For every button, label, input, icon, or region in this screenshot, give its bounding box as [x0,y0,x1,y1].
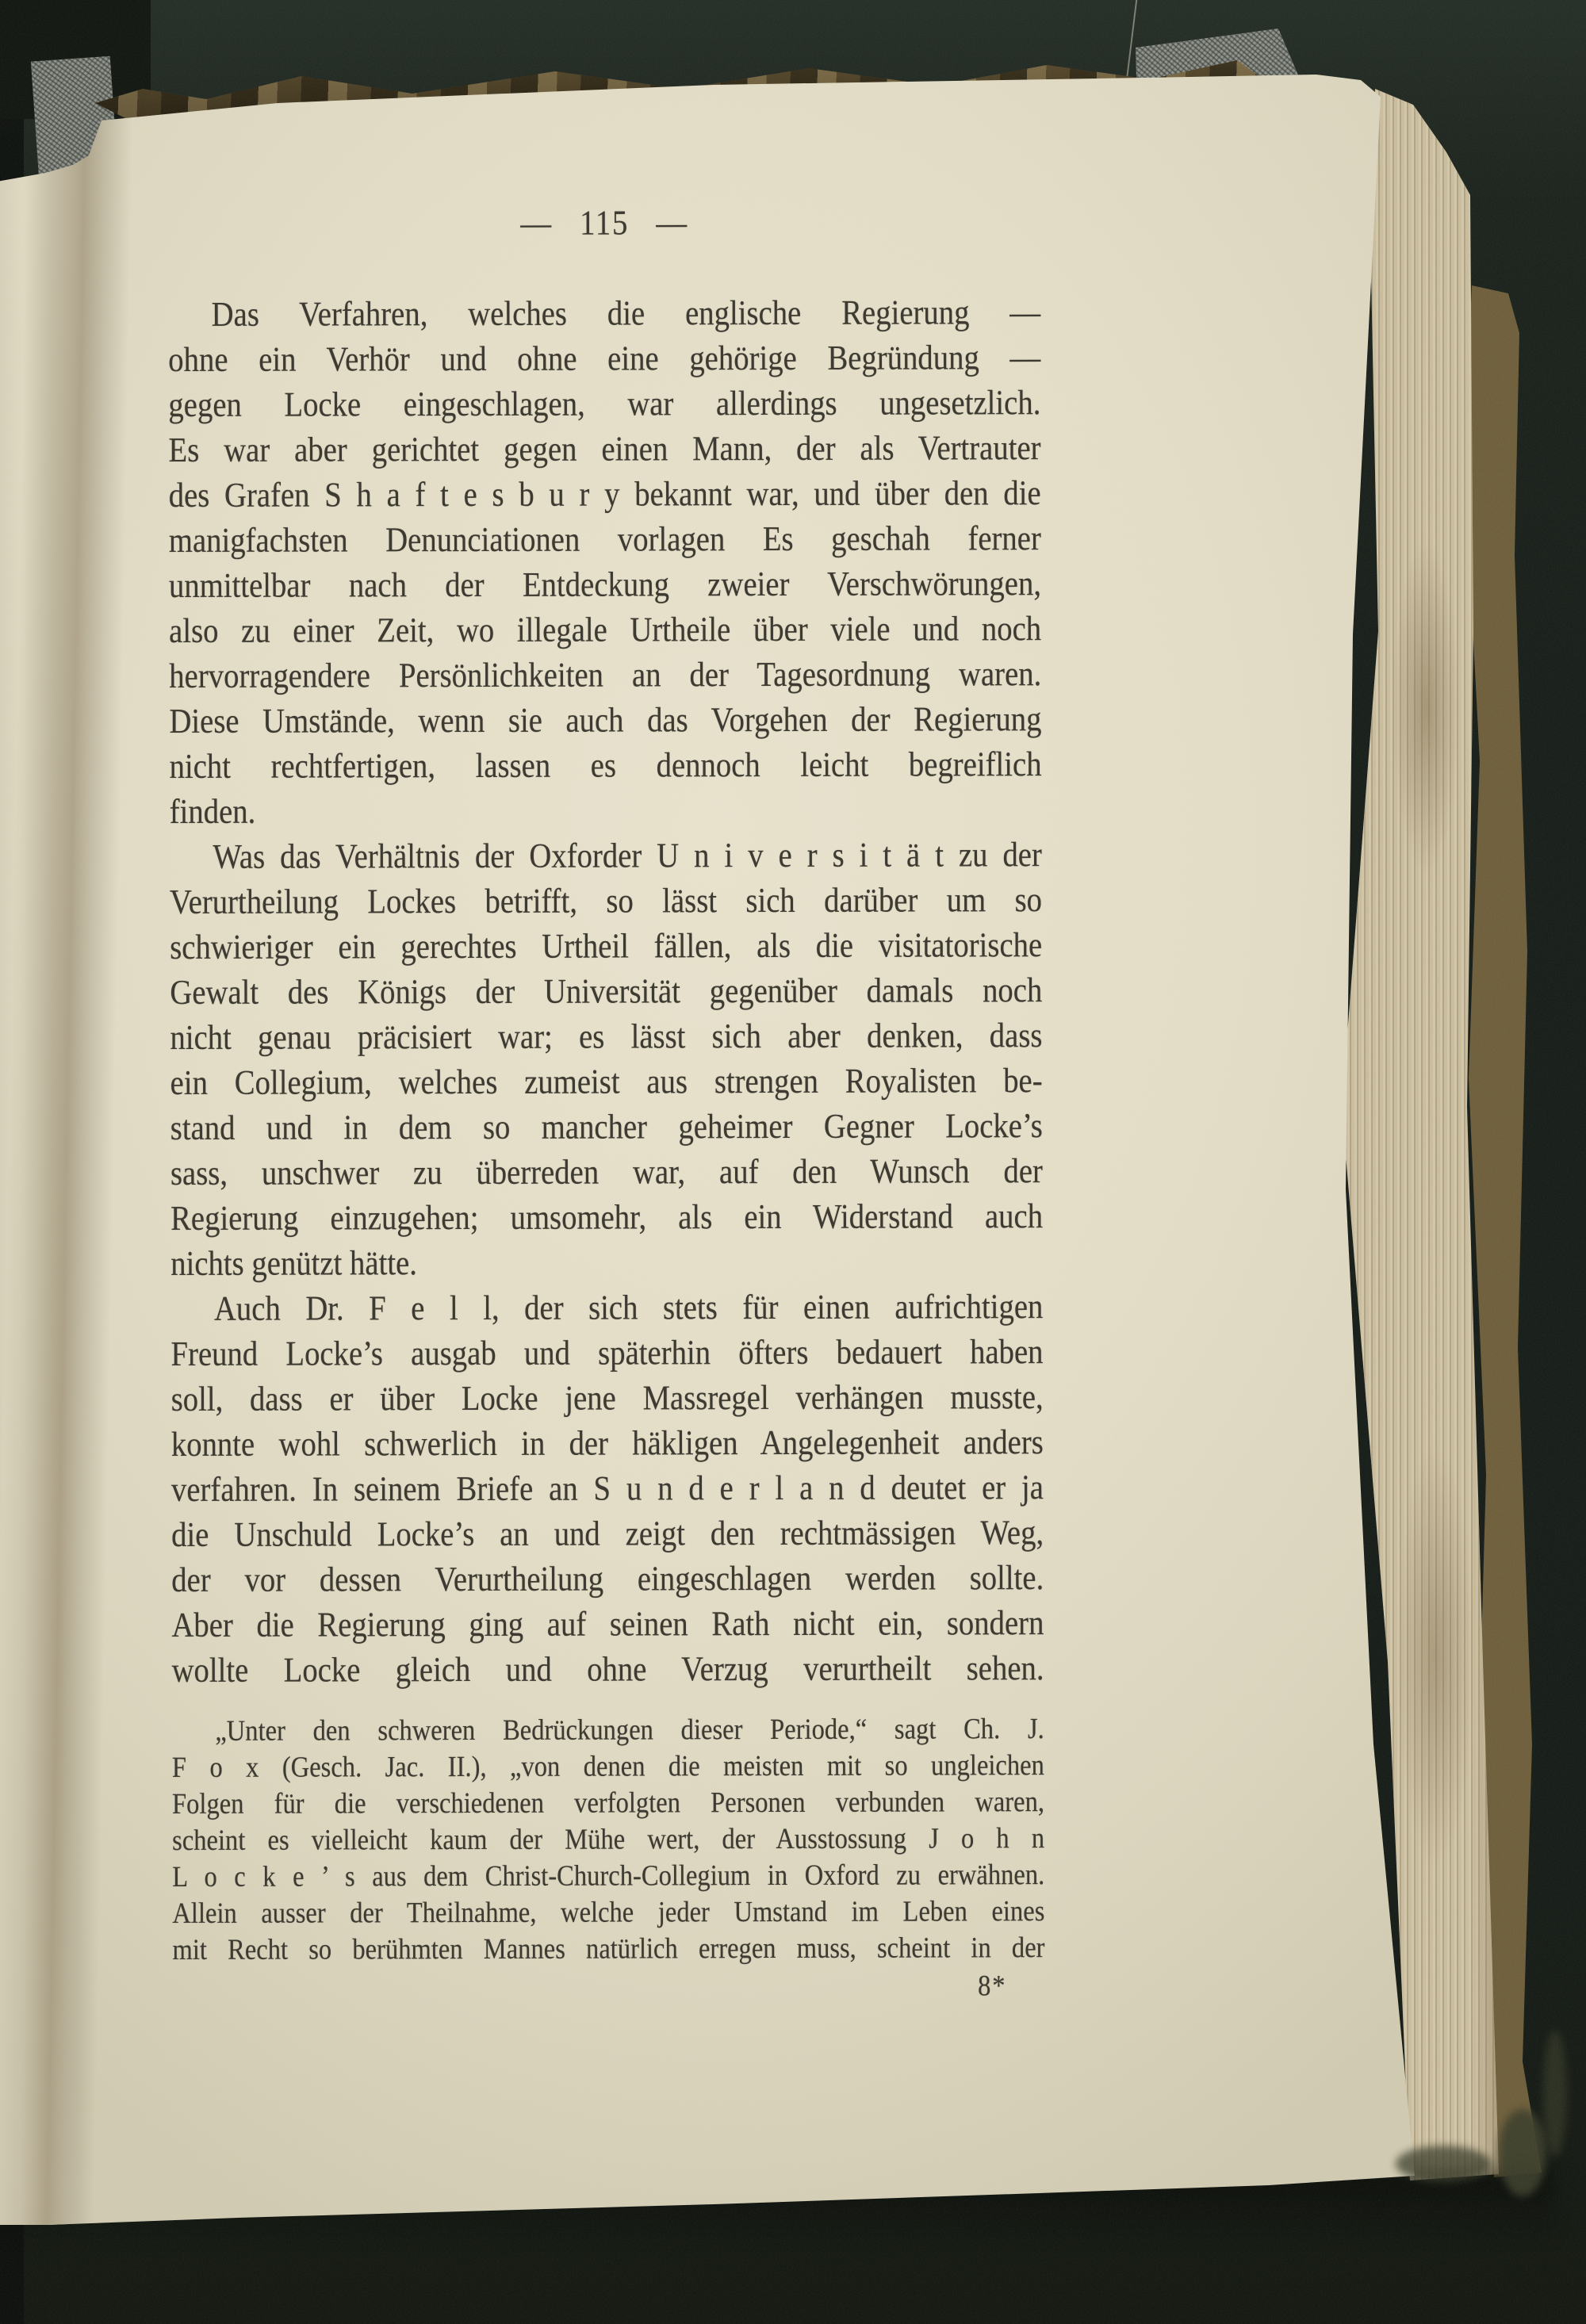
text-line: Freund Locke’s ausgab und späterhin öfte… [170,1329,1043,1376]
text-line: unmittelbar nach der Entdeckung zweier V… [169,561,1041,608]
text-line: sass, unschwer zu überreden war, auf den… [170,1148,1043,1196]
text-line: Allein ausser der Theilnahme, welche jed… [172,1893,1044,1932]
text-line: Was das Verhältnis der Oxforder U n i v … [170,832,1042,879]
text-line: Regierung einzugehen; umsomehr, als ein … [170,1193,1043,1241]
text-line: nicht genau präcisiert war; es lässt sic… [170,1013,1042,1060]
paragraph: Was das Verhältnis der Oxforder U n i v … [170,832,1043,1286]
text-line: scheint es vielleicht kaum der Mühe wert… [172,1821,1044,1859]
text-line: soll, dass er über Locke jene Massregel … [171,1374,1044,1422]
text-line: konnte wohl schwerlich in der häkligen A… [171,1419,1044,1467]
quotation-paragraph: „Unter den schweren Bedrückungen dieser … [172,1711,1045,1969]
page-number: — 115 — [168,199,1040,247]
text-line: L o c k e ’ s aus dem Christ-Church-Coll… [172,1857,1044,1896]
text-line: „Unter den schweren Bedrückungen dieser … [172,1711,1044,1750]
text-line: des Grafen S h a f t e s b u r y bekannt… [169,470,1041,518]
text-line: Folgen für die verschiedenen verfolgten … [172,1784,1044,1823]
text-line: hervorragendere Persönlichkeiten an der … [169,651,1041,699]
text-line: F o x (Gesch. Jac. II.), „von denen die … [172,1748,1044,1786]
frayed-thread [1543,2030,1567,2157]
text-line: Aber die Regierung ging auf seinen Rath … [171,1600,1044,1648]
text-line: Das Verfahren, welches die englische Reg… [168,289,1040,337]
text-line: der vor dessen Verurtheilung eingeschlag… [171,1555,1044,1602]
text-line: Gewalt des Königs der Universität gegenü… [170,967,1042,1015]
text-line: wollte Locke gleich und ohne Verzug veru… [171,1645,1044,1693]
text-line: manigfachsten Denunciationen vorlagen Es… [169,515,1041,563]
text-line: Es war aber gerichtet gegen einen Mann, … [168,425,1040,473]
text-line: Diese Umstände, wenn sie auch das Vorgeh… [169,696,1041,744]
text-line: verfahren. In seinem Briefe an S u n d e… [171,1464,1044,1512]
paragraph: Das Verfahren, welches die englische Reg… [168,289,1042,834]
text-line: Verurtheilung Lockes betrifft, so lässt … [170,877,1042,925]
text-line: nicht rechtfertigen, lassen es dennoch l… [169,741,1041,789]
text-line: finden. [170,787,1042,834]
text-line: ohne ein Verhör und ohne eine gehörige B… [168,335,1040,382]
text-line: also zu einer Zeit, wo illegale Urtheile… [169,606,1041,653]
scanned-book-page: — 115 — Das Verfahren, welches die engli… [0,0,1586,2324]
text-line: nichts genützt hätte. [170,1239,1043,1286]
frayed-thread [1396,2146,1491,2182]
text-line: gegen Locke eingeschlagen, war allerding… [168,380,1040,427]
frayed-thread [1499,2109,1546,2196]
text-line: mit Recht so berühmten Mannes natürlich … [172,1930,1044,1969]
text-block: Das Verfahren, welches die englische Reg… [168,289,1045,2007]
text-line: Auch Dr. F e l l, der sich stets für ein… [170,1284,1043,1331]
signature-mark: 8* [173,1968,1045,2007]
text-line: schwieriger ein gerechtes Urtheil fällen… [170,922,1042,970]
paragraph: Auch Dr. F e l l, der sich stets für ein… [170,1284,1044,1693]
text-line: ein Collegium, welches zumeist aus stren… [170,1058,1043,1105]
text-line: die Unschuld Locke’s an und zeigt den re… [171,1510,1044,1557]
text-line: stand und in dem so mancher geheimer Geg… [170,1103,1043,1151]
